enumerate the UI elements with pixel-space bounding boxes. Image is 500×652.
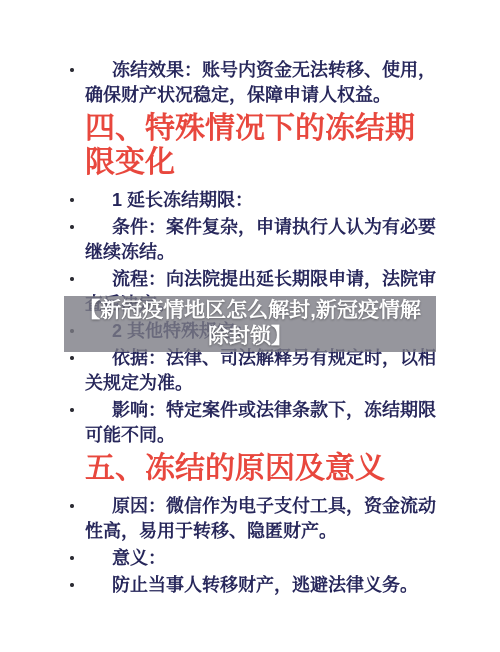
bullet-dot-icon [70, 277, 74, 281]
bullet-dot-icon [70, 225, 74, 229]
list-item-text: 1 延长冻结期限： [112, 190, 253, 210]
bullet-dot-icon [70, 504, 74, 508]
section-heading: 四、特殊情况下的冻结期限变化 [85, 112, 437, 180]
list-item-text: 依据：法律、司法解释另有规定时，以相关规定为准。 [85, 348, 436, 393]
section-heading: 五、冻结的原因及意义 [85, 452, 437, 486]
list-item: 1 延长冻结期限： [85, 188, 437, 213]
list-item-text: 意义： [112, 548, 166, 568]
list-item: 依据：法律、司法解释另有规定时，以相关规定为准。 [85, 346, 437, 396]
list-item: 条件：案件复杂，申请执行人认为有必要继续冻结。 [85, 215, 437, 265]
list-item-text: 原因：微信作为电子支付工具，资金流动性高，易用于转移、隐匿财产。 [85, 496, 436, 541]
watermark-text: 【新冠疫情地区怎么解封,新冠疫情解除封锁】 [74, 298, 426, 350]
list-item: 影响：特定案件或法律条款下，冻结期限可能不同。 [85, 398, 437, 448]
bullet-dot-icon [70, 408, 74, 412]
list-item: 冻结效果：账号内资金无法转移、使用，确保财产状况稳定，保障申请人权益。 [85, 58, 437, 108]
bullet-dot-icon [70, 556, 74, 560]
list-item: 意义： [85, 546, 437, 571]
list-item-text: 影响：特定案件或法律条款下，冻结期限可能不同。 [85, 400, 436, 445]
bullet-dot-icon [70, 68, 74, 72]
list-item-text: 条件：案件复杂，申请执行人认为有必要继续冻结。 [85, 217, 436, 262]
bullet-dot-icon [70, 198, 74, 202]
bullet-dot-icon [70, 583, 74, 587]
list-item: 原因：微信作为电子支付工具，资金流动性高，易用于转移、隐匿财产。 [85, 494, 437, 544]
list-item-text: 防止当事人转移财产，逃避法律义务。 [112, 575, 418, 595]
bullet-dot-icon [70, 356, 74, 360]
watermark-overlay: 【新冠疫情地区怎么解封,新冠疫情解除封锁】 [64, 296, 436, 352]
list-item-text: 冻结效果：账号内资金无法转移、使用，确保财产状况稳定，保障申请人权益。 [85, 60, 436, 105]
page: 冻结效果：账号内资金无法转移、使用，确保财产状况稳定，保障申请人权益。 四、特殊… [0, 0, 500, 652]
list-item: 防止当事人转移财产，逃避法律义务。 [85, 573, 437, 598]
